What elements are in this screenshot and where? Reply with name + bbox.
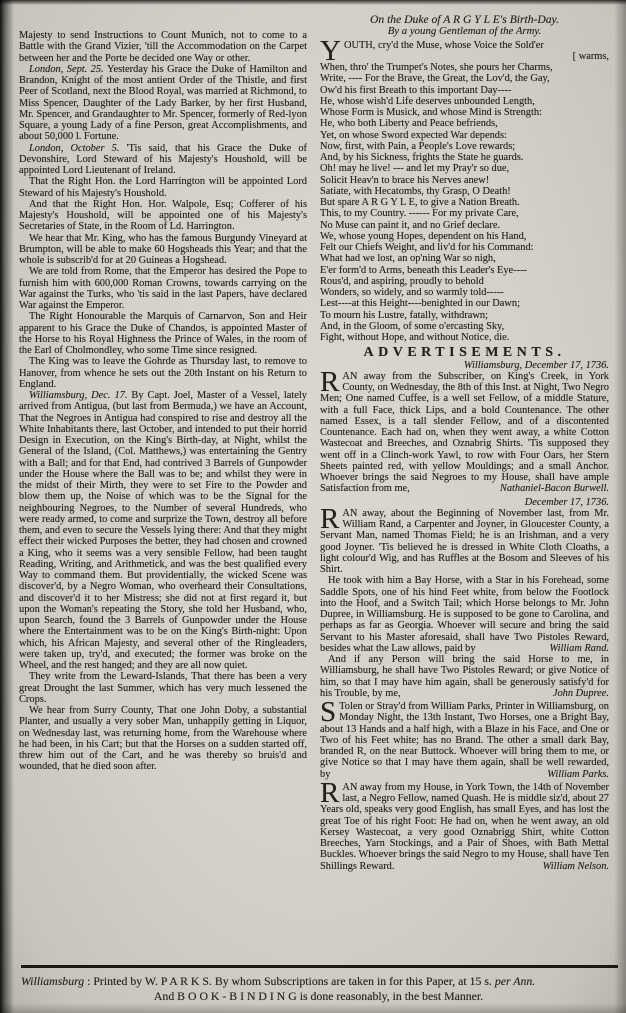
advertisements-heading: ADVERTISEMENTS. — [320, 347, 609, 358]
footer-divider — [21, 965, 618, 968]
news-paragraph: That the Right Hon. the Lord Harrington … — [19, 176, 307, 199]
ad-drop-cap: R — [320, 371, 342, 393]
poem-line: We, whose young Hopes, dependent on his … — [320, 231, 609, 242]
paragraph-dateline: Williamsburg, Dec. 17. — [29, 390, 131, 401]
news-paragraph: We hear from Surry County, That one John… — [19, 705, 307, 773]
footer-place: Williamsburg — [21, 974, 84, 988]
ad-paragraph: He took with him a Bay Horse, with a Sta… — [320, 575, 609, 654]
poem-line: E'er form'd to Arms, beneath this Leader… — [320, 265, 609, 276]
poem-line: Ow'd his first Breath to this important … — [320, 85, 609, 96]
ad-item: RAN away from my House, in York Town, th… — [320, 782, 609, 872]
poem-line: Oh! may he live! --- and let my Pray'r s… — [320, 163, 609, 174]
poem-line: Now, first, with Pain, a People's Love r… — [320, 141, 609, 152]
poem-line: Rous'd, and aspiring, proudly to behold — [320, 276, 609, 287]
poem-line: Write, ---- For the Brave, the Great, th… — [320, 73, 609, 84]
poem-line: And, by his Sickness, frights the State … — [320, 152, 609, 163]
poem-line: What had we lost, an op'ning War so nigh… — [320, 253, 609, 264]
poem-line: When, thro' the Trumpet's Notes, she pou… — [320, 62, 609, 73]
poem-line: He, who both Liberty and Peace befriends… — [320, 118, 609, 129]
ad-body: RAN away, about the Beginning of Novembe… — [320, 508, 609, 576]
ad-dateline: December 17, 1736. — [320, 497, 609, 508]
poem-line: This, to my Country. ------ For my priva… — [320, 208, 609, 219]
news-paragraph: We are told from Rome, that the Emperor … — [19, 266, 307, 311]
footer-imprint: Williamsburg : Printed by W. P A R K S. … — [21, 974, 616, 1003]
footer-imprint-line1: Williamsburg : Printed by W. P A R K S. … — [21, 974, 616, 989]
ad-body: STolen or Stray'd from William Parks, Pr… — [320, 701, 609, 780]
paragraph-dateline: London, Sept. 25. — [29, 64, 107, 75]
poem-line: [ warms, — [344, 51, 609, 62]
poem-line: Wonders, so widely, and so warmly told--… — [320, 287, 609, 298]
ad-body: RAN away from my House, in York Town, th… — [320, 782, 609, 872]
poem-line: Satiate, with Hecatombs, thy Grasp, O De… — [320, 186, 609, 197]
news-paragraph: London, October 5. 'Tis said, that his G… — [19, 143, 307, 177]
news-paragraph: Majesty to send Instructions to Count Mu… — [19, 30, 307, 64]
poem-line: Lest----at this Height----benighted in o… — [320, 298, 609, 309]
poem-line: To mourn his Lustre, fatally, withdrawn; — [320, 310, 609, 321]
ad-signature: William Parks. — [541, 769, 609, 780]
footer-per-ann: per Ann. — [495, 974, 535, 988]
ad-drop-cap: R — [320, 782, 342, 804]
poem-line: No Muse can paint it, and no Grief decla… — [320, 220, 609, 231]
page-footer: Williamsburg : Printed by W. P A R K S. … — [0, 965, 626, 1013]
newspaper-page: Majesty to send Instructions to Count Mu… — [0, 0, 626, 1013]
ads-list: Williamsburg, December 17, 1736.RAN away… — [320, 360, 609, 872]
ad-drop-cap: S — [320, 701, 339, 723]
poem: On the Duke of A R G Y L E's Birth-Day. … — [320, 14, 609, 343]
news-paragraph: They write from the Leward-Islands, That… — [19, 671, 307, 705]
poem-byline: By a young Gentleman of the Army. — [320, 26, 609, 37]
poem-line: Whose Form is Musick, and whose Mind is … — [320, 107, 609, 118]
ad-signature: John Dupree. — [539, 688, 609, 699]
news-paragraph: And that the Right Hon. Hor. Walpole, Es… — [19, 199, 307, 233]
news-paragraph: The Right Honourable the Marquis of Carn… — [19, 311, 307, 356]
poem-line: He, whose wish'd Life deserves unbounded… — [320, 96, 609, 107]
ad-item: December 17, 1736.RAN away, about the Be… — [320, 497, 609, 700]
poem-line: OUTH, cry'd the Muse, whose Voice the So… — [344, 40, 609, 51]
ad-paragraph: And if any Person will bring the said Ho… — [320, 654, 609, 699]
poem-title: On the Duke of A R G Y L E's Birth-Day. — [320, 14, 609, 25]
footer-imprint-text: : Printed by W. P A R K S. By whom Subsc… — [84, 974, 495, 988]
ad-signature: William Nelson. — [537, 861, 609, 872]
poem-lines: Y OUTH, cry'd the Muse, whose Voice the … — [320, 40, 609, 344]
right-column: On the Duke of A R G Y L E's Birth-Day. … — [320, 14, 609, 874]
poem-drop-cap: Y — [320, 40, 344, 62]
ad-body: RAN away from the Subscriber, on King's … — [320, 371, 609, 495]
ad-drop-cap: R — [320, 508, 342, 530]
footer-imprint-line2: And B O O K - B I N D I N G is done reas… — [21, 989, 616, 1004]
paragraph-dateline: London, October 5. — [29, 143, 127, 154]
ad-dateline: Williamsburg, December 17, 1736. — [320, 360, 609, 371]
news-paragraph: The King was to leave the Gohrde as Thur… — [19, 356, 307, 390]
left-column: Majesty to send Instructions to Count Mu… — [19, 30, 307, 773]
ad-item: Williamsburg, December 17, 1736.RAN away… — [320, 360, 609, 495]
ad-item: STolen or Stray'd from William Parks, Pr… — [320, 701, 609, 780]
ad-signature: William Rand. — [536, 643, 609, 654]
poem-line: Fight, without Hope, and without Notice,… — [320, 332, 609, 343]
poem-line: Yet, on whose Sword expected War depends… — [320, 130, 609, 141]
ad-signature: Nathaniel-Bacon Burwell. — [494, 483, 609, 494]
poem-line: And, in the Gloom, of some o'ercasting S… — [320, 321, 609, 332]
poem-line: Felt our Chiefs Weight, and liv'd for hi… — [320, 242, 609, 253]
poem-line: But spare A R G Y L E, to give a Nation … — [320, 197, 609, 208]
news-paragraph: London, Sept. 25. Yesterday his Grace th… — [19, 64, 307, 143]
news-paragraph: We hear that Mr. King, who has the famou… — [19, 233, 307, 267]
poem-line: Solicit Heav'n to brace his Nerves anew! — [320, 175, 609, 186]
news-paragraph: Williamsburg, Dec. 17. By Capt. Joel, Ma… — [19, 390, 307, 671]
